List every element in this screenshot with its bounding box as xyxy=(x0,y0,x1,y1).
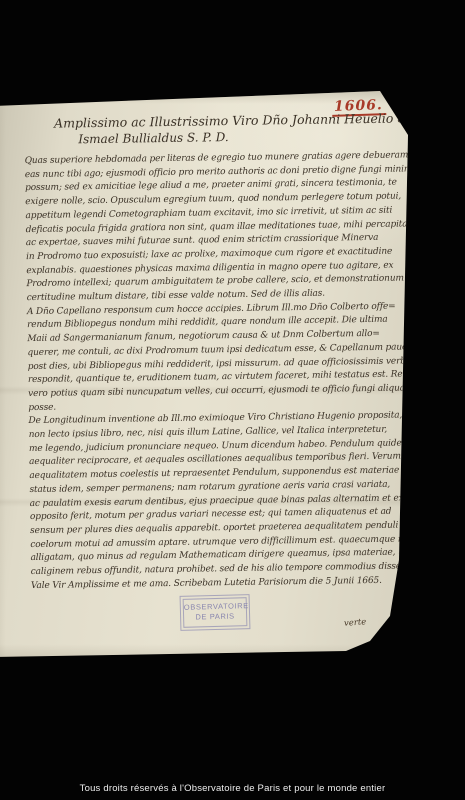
letter-body: Quas superiore hebdomada per literas de … xyxy=(31,149,409,593)
verso-note: verte xyxy=(344,617,367,629)
manuscript-page: 1606. Amplissimo ac Illustrissimo Viro D… xyxy=(0,90,412,662)
copyright-caption: Tous droits réservés à l'Observatoire de… xyxy=(0,783,465,794)
stamp-line: OBSERVATOIRE xyxy=(184,601,246,612)
scan-viewport: 1606. Amplissimo ac Illustrissimo Viro D… xyxy=(0,0,465,800)
observatoire-stamp: OBSERVATOIRE DE PARIS xyxy=(180,594,251,631)
letter-content: Amplissimo ac Illustrissimo Viro Dño Joh… xyxy=(30,110,409,593)
stamp-line: DE PARIS xyxy=(184,611,246,622)
letter-sender-line: Ismael Bullialdus S. P. D. xyxy=(78,127,402,146)
